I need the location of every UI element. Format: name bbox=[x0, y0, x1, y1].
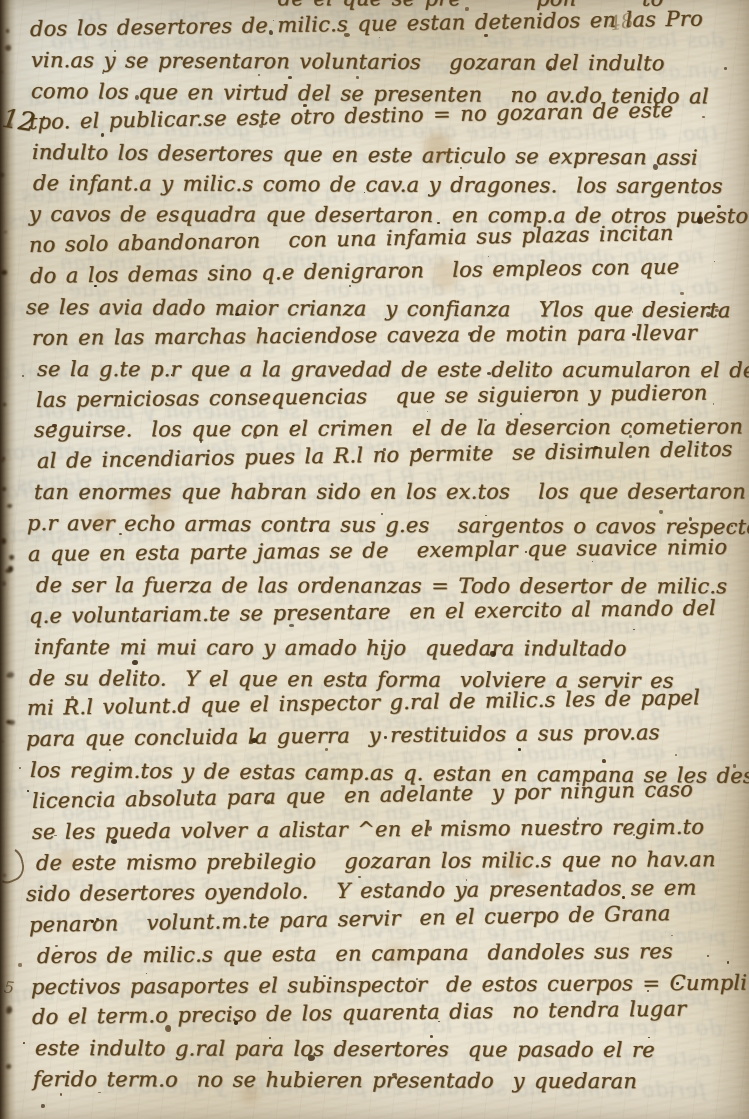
ink-blot bbox=[6, 1064, 11, 1069]
ink-blot bbox=[488, 256, 489, 257]
ink-blot bbox=[137, 618, 139, 619]
ink-blot bbox=[356, 76, 358, 78]
ink-blot bbox=[165, 1025, 171, 1032]
manuscript-line: de infant.a y milic.s como de cav.a y dr… bbox=[33, 168, 748, 202]
manuscript-line: este indulto g.ral para los desertores q… bbox=[35, 1033, 749, 1066]
manuscript-line: a que en esta parte jamas se de exemplar… bbox=[28, 532, 743, 570]
ink-blot bbox=[97, 188, 101, 192]
ink-blot bbox=[57, 849, 76, 871]
ink-blot bbox=[633, 834, 634, 835]
ink-blot bbox=[132, 660, 138, 665]
ink-blot bbox=[9, 720, 15, 725]
manuscript-line: ron en las marchas haciendose caveza de … bbox=[32, 317, 747, 354]
ink-blot bbox=[292, 425, 294, 427]
ink-blot bbox=[6, 29, 9, 33]
ink-blot bbox=[548, 66, 552, 71]
ink-blot bbox=[253, 434, 257, 439]
ink-blot bbox=[7, 504, 12, 508]
ink-blot bbox=[212, 685, 214, 686]
ink-blot bbox=[43, 116, 45, 119]
ink-blot bbox=[356, 676, 359, 678]
ink-blot bbox=[325, 748, 328, 750]
ink-blot bbox=[60, 1093, 62, 1096]
ink-blot bbox=[383, 448, 386, 452]
manuscript-line: vin.as y se presentaron voluntarios goza… bbox=[31, 45, 746, 80]
manuscript-line: se les pueda volver a alistar ^en el mis… bbox=[32, 811, 747, 848]
ink-blot bbox=[1, 538, 6, 544]
ink-blot bbox=[430, 1035, 433, 1038]
ink-blot bbox=[118, 405, 120, 407]
ink-blot bbox=[267, 800, 270, 803]
ink-blot bbox=[602, 759, 606, 764]
ink-blot bbox=[269, 1037, 270, 1039]
ink-blot bbox=[487, 372, 491, 375]
ink-blot bbox=[490, 651, 496, 657]
ink-blot bbox=[484, 419, 487, 421]
ink-blot bbox=[119, 533, 122, 535]
ink-blot bbox=[259, 124, 263, 128]
ink-blot bbox=[707, 955, 709, 956]
ink-blot bbox=[631, 579, 632, 580]
ink-blot bbox=[241, 1086, 259, 1103]
ink-blot bbox=[235, 313, 239, 316]
ink-blot bbox=[8, 566, 13, 572]
ink-blot bbox=[484, 34, 487, 37]
ink-blot bbox=[22, 375, 23, 376]
manuscript-line: ferido term.o no se hubieren presentado … bbox=[33, 1064, 748, 1098]
ink-blot bbox=[697, 216, 704, 224]
ink-blot bbox=[518, 748, 521, 750]
ink-blot bbox=[392, 1073, 396, 1076]
manuscript-line: infante mi mui caro y amado hijo quedara… bbox=[34, 632, 749, 665]
ink-blot bbox=[93, 511, 113, 531]
ink-blot bbox=[525, 551, 526, 552]
ink-blot bbox=[386, 943, 405, 967]
ink-blot bbox=[146, 489, 172, 517]
ink-blot bbox=[41, 1104, 45, 1108]
ink-blot bbox=[432, 258, 458, 290]
ink-blot bbox=[309, 528, 313, 532]
ink-blot bbox=[2, 581, 6, 586]
ink-blot bbox=[289, 624, 293, 627]
ink-blot bbox=[419, 867, 420, 868]
ink-blot bbox=[111, 839, 118, 844]
ink-blot bbox=[52, 424, 56, 427]
ink-blot bbox=[1, 71, 3, 73]
ink-blot bbox=[246, 333, 260, 346]
ink-blot bbox=[135, 95, 139, 100]
page-number: 48 bbox=[606, 8, 635, 35]
ink-blot bbox=[5, 45, 11, 51]
ink-blot bbox=[9, 555, 14, 560]
ink-blot bbox=[659, 238, 660, 239]
manuscript-page: de el que se pre pon todos los desertore… bbox=[0, 0, 749, 1119]
ink-blot bbox=[733, 764, 736, 767]
ink-blot bbox=[101, 133, 104, 137]
ink-blot bbox=[520, 413, 522, 415]
ink-blot bbox=[19, 767, 21, 769]
ink-blot bbox=[486, 271, 498, 281]
margin-mark-bottom: 5 bbox=[3, 978, 15, 998]
ink-blot bbox=[438, 1021, 439, 1022]
ink-blot bbox=[269, 30, 273, 35]
manuscript-line: tan enormes que habran sido en los ex.to… bbox=[34, 477, 749, 508]
ink-blot bbox=[702, 116, 705, 119]
ink-blot bbox=[648, 1037, 649, 1038]
ink-blot bbox=[647, 990, 649, 992]
ink-blot bbox=[715, 309, 719, 312]
ink-blot bbox=[379, 37, 380, 38]
ink-blot bbox=[485, 515, 486, 516]
ink-blot bbox=[416, 978, 418, 980]
ink-blot bbox=[594, 446, 597, 449]
ink-blot bbox=[676, 982, 679, 985]
ink-blot bbox=[3, 403, 6, 406]
ink-blot bbox=[676, 491, 678, 493]
ink-blot bbox=[288, 76, 292, 80]
ink-blot bbox=[731, 525, 733, 527]
ink-blot bbox=[680, 292, 684, 296]
ink-blot bbox=[251, 738, 257, 743]
ink-blot bbox=[659, 510, 663, 515]
ink-blot bbox=[18, 963, 21, 967]
ink-blot bbox=[424, 133, 451, 165]
ink-blot bbox=[0, 173, 4, 178]
ink-blot bbox=[1, 741, 3, 743]
margin-mark-top: 12 bbox=[0, 104, 37, 139]
ink-blot bbox=[1, 270, 7, 275]
manuscript-text-layer: de el que se pre pon todos los desertore… bbox=[26, 0, 741, 1095]
ink-blot bbox=[200, 440, 202, 442]
